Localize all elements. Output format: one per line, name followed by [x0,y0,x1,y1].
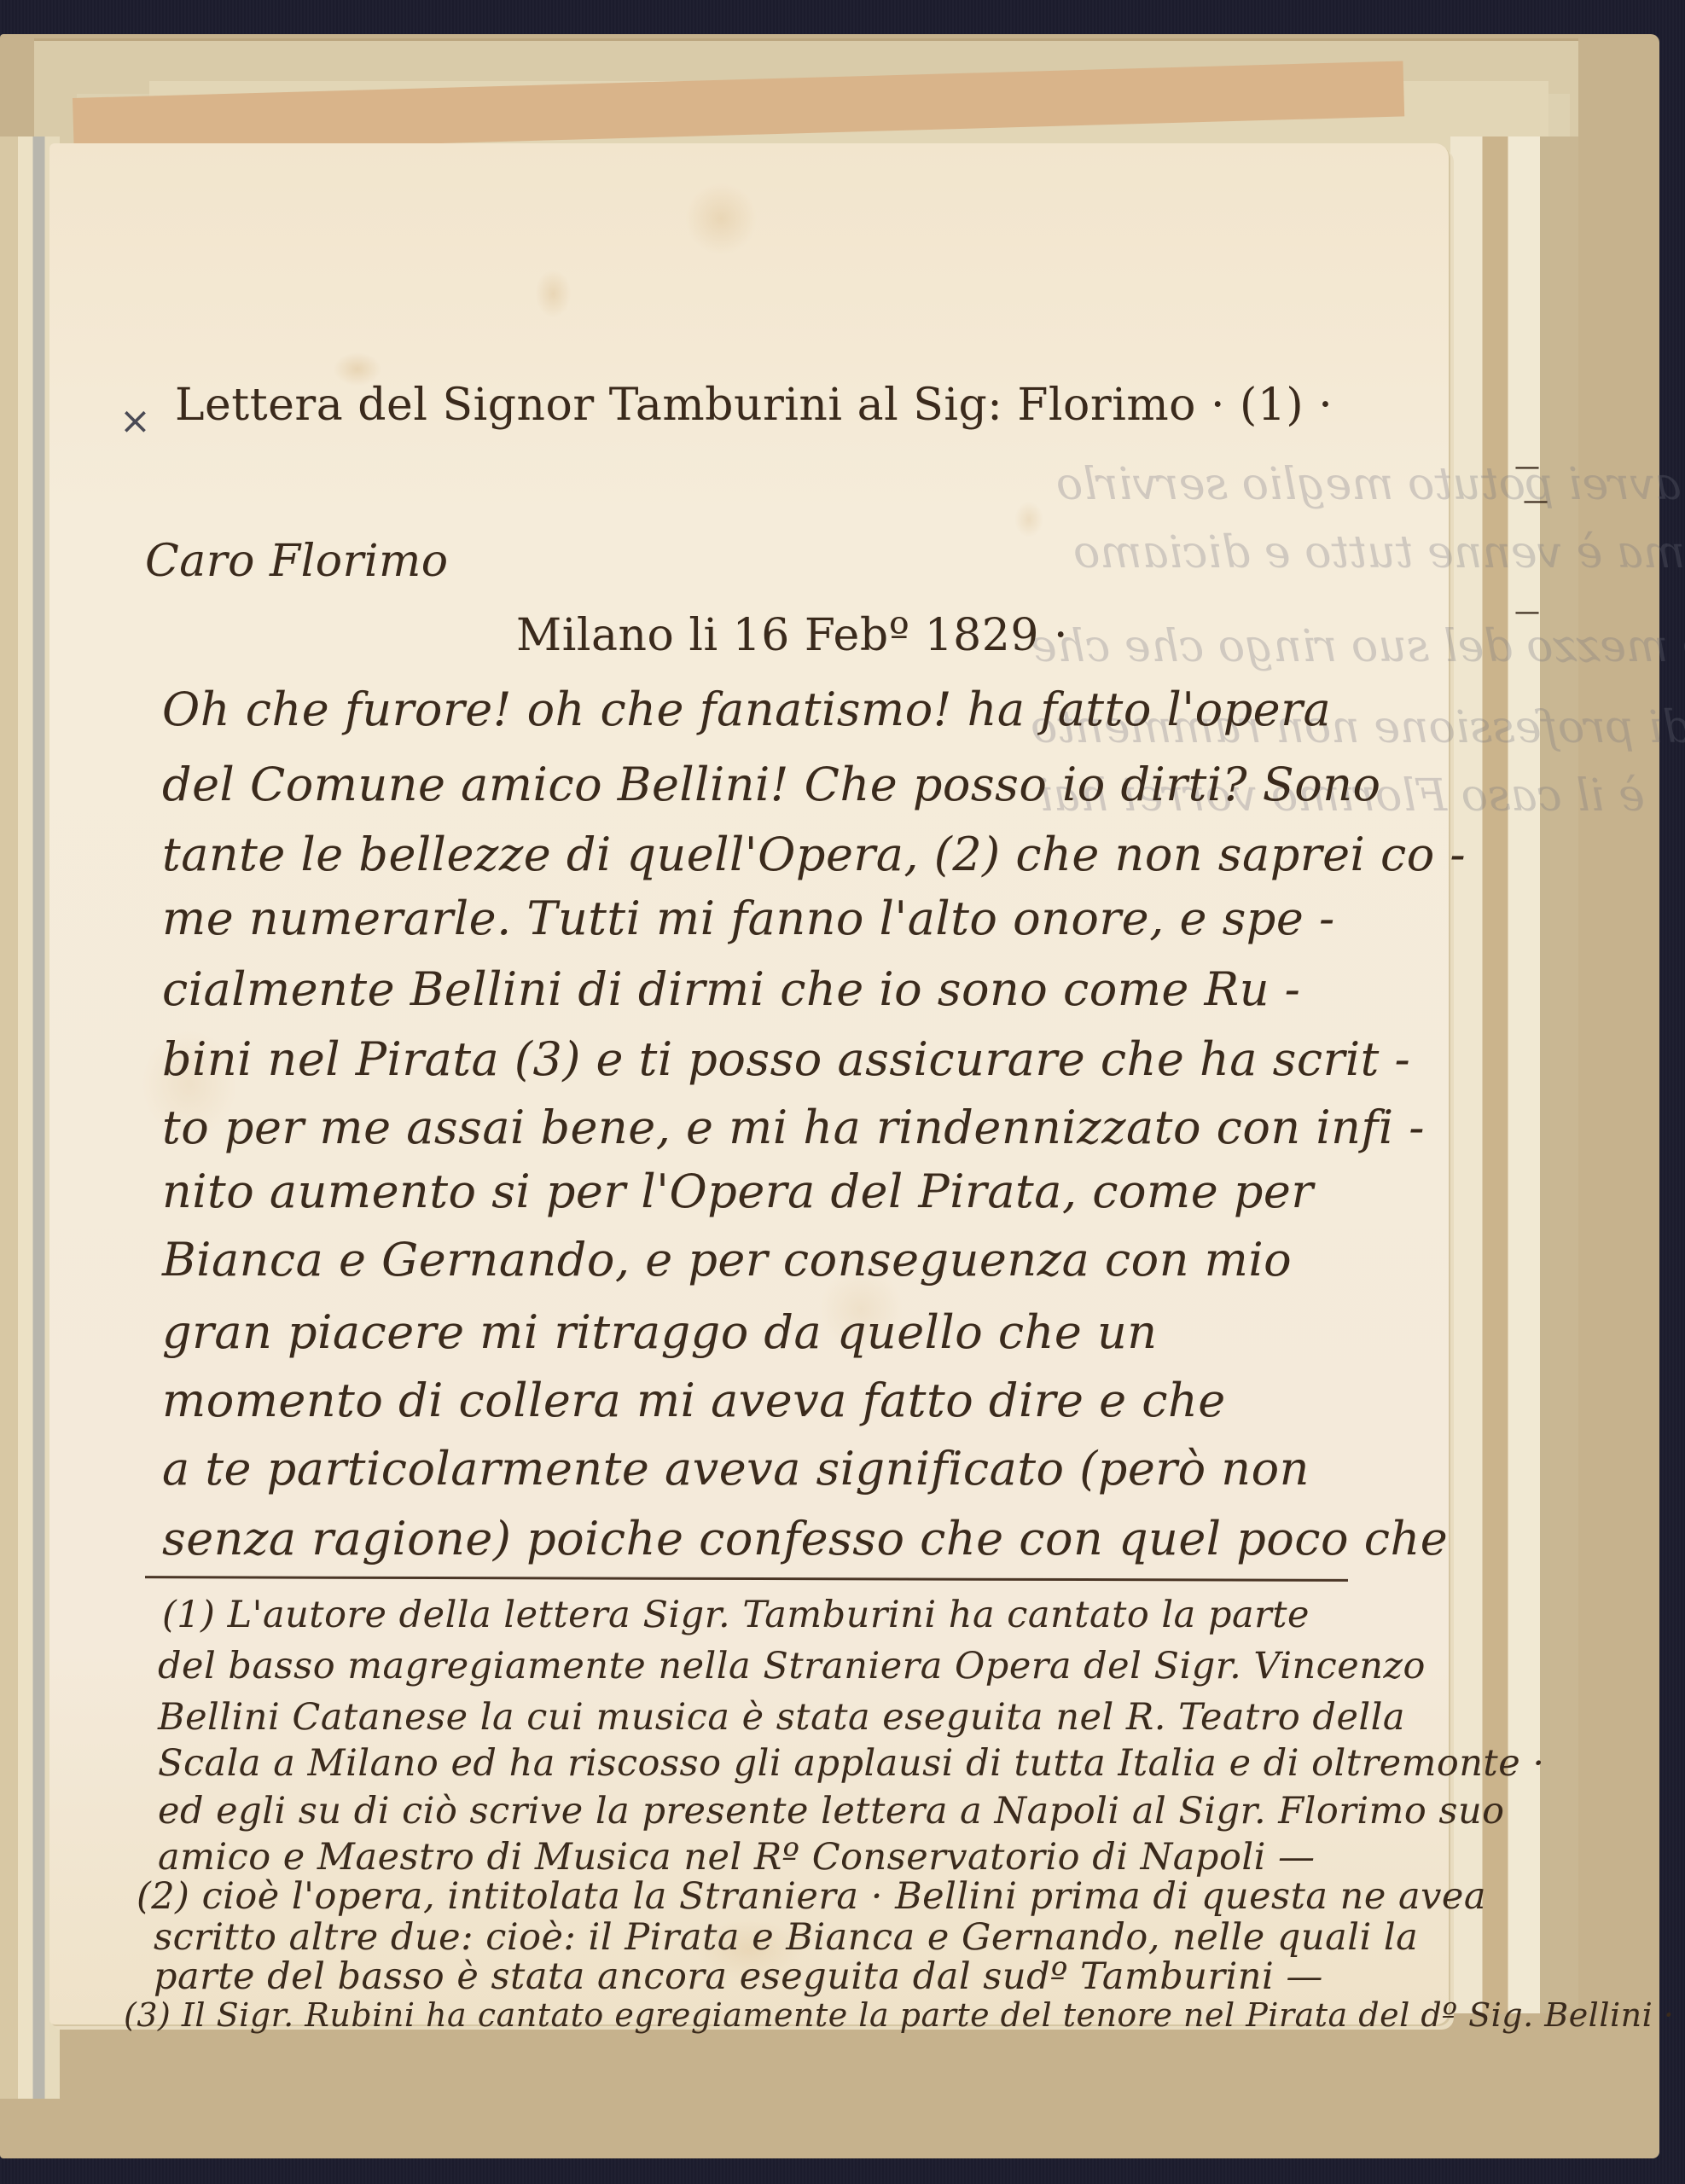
margin-ink-mark: — [1523,486,1548,516]
body-line: to per me assai bene, e mi ha rindennizz… [162,1101,1425,1154]
footnote-line: Scala a Milano ed ha riscosso gli applau… [158,1742,1545,1785]
body-line: gran piacere mi ritraggo da quello che u… [162,1305,1158,1359]
letter-title: Lettera del Signor Tamburini al Sig: Flo… [175,380,1333,431]
footnote-line: ed egli su di ciò scrive la presente let… [158,1790,1505,1833]
margin-cross-mark: × [119,399,151,443]
footnote-line: del basso magregiamente nella Straniera … [158,1645,1426,1687]
body-line: tante le bellezze di quell'Opera, (2) ch… [162,828,1466,881]
body-line: Bianca e Gernando, e per conseguenza con… [162,1233,1292,1287]
body-line: me numerarle. Tutti mi fanno l'alto onor… [162,892,1335,945]
page-edges-right [1450,136,1578,2013]
margin-ink-mark: — [1514,597,1540,627]
dateline: Milano li 16 Febº 1829 · [516,610,1068,661]
body-line: Oh che furore! oh che fanatismo! ha fatt… [162,682,1331,736]
margin-ink-mark: — [1514,452,1540,482]
bleed-through-text: Bellini e posso mezzo del suo ringo che … [1031,621,1685,672]
salutation: Caro Florimo [145,536,449,587]
bleed-through-text: ao fare avrei potuto meglio servirlo [1056,459,1685,510]
footnote-line: (1) L'autore della lettera Sigr. Tamburi… [162,1594,1310,1636]
footnote-line: amico e Maestro di Musica nel Rº Conserv… [158,1836,1316,1879]
body-line: del Comune amico Bellini! Che posso io d… [162,758,1381,811]
footnote-line: (3) Il Sigr. Rubini ha cantato egregiame… [124,1996,1674,2034]
body-line: nito aumento si per l'Opera del Pirata, … [162,1165,1314,1218]
footnote-line: (2) cioè l'opera, intitolata la Stranier… [137,1875,1486,1918]
body-line: cialmente Bellini di dirmi che io sono c… [162,962,1300,1016]
footnote-line: Bellini Catanese la cui musica è stata e… [158,1696,1405,1739]
body-line: senza ragione) poiche confesso che con q… [162,1512,1448,1565]
body-line: a te particolarmente aveva significato (… [162,1442,1310,1496]
body-line: bini nel Pirata (3) e ti posso assicurar… [162,1032,1410,1086]
footnote-line: scritto altre due: cioè: il Pirata e Bia… [154,1916,1418,1959]
footnote-line: parte del basso è stata ancora eseguita … [154,1955,1323,1998]
bleed-through-text: Opera; ma è venne tutto e diciamo [1073,527,1685,578]
body-line: momento di collera mi aveva fatto dire e… [162,1374,1226,1427]
